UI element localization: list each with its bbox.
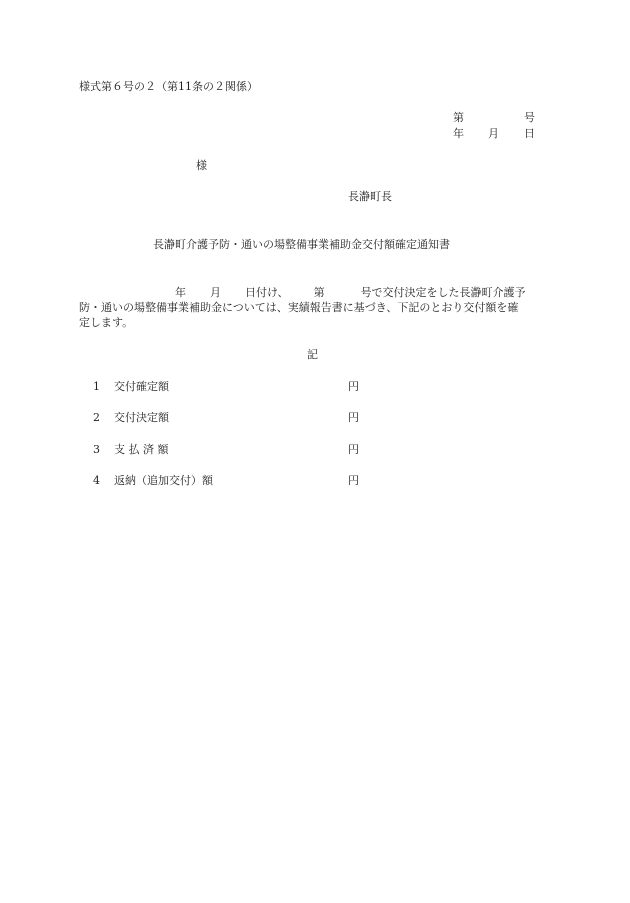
date-day-label: 日	[524, 128, 535, 139]
body-paragraph: 年月日付け、第号で交付決定をした長瀞町介護予 防・通いの場整備事業補助金について…	[79, 285, 549, 330]
item-unit: 円	[348, 444, 359, 455]
body-number-prefix: 第	[314, 285, 325, 300]
item-label: 返納（追加交付）額	[114, 475, 213, 486]
item-unit: 円	[348, 475, 359, 486]
issuer-name: 長瀞町長	[348, 191, 392, 202]
addressee-honorific: 様	[196, 160, 207, 171]
body-date-suffix: 日付け、	[245, 285, 289, 300]
item-label: 支 払 済 額	[114, 444, 169, 455]
reference-number-suffix: 号	[524, 112, 535, 123]
item-number: 4	[93, 475, 100, 486]
item-label: 交付決定額	[114, 412, 169, 423]
ki-heading: 記	[307, 349, 318, 360]
item-label: 交付確定額	[114, 381, 169, 392]
item-number: 2	[93, 412, 100, 423]
date-year-label: 年	[453, 128, 464, 139]
reference-number-prefix: 第	[453, 112, 464, 123]
body-line-2: 防・通いの場整備事業補助金については、実績報告書に基づき、下記のとおり交付額を確	[79, 300, 549, 315]
item-unit: 円	[348, 381, 359, 392]
date-month-label: 月	[488, 128, 499, 139]
document-title: 長瀞町介護予防・通いの場整備事業補助金交付額確定通知書	[153, 239, 450, 250]
item-number: 1	[93, 381, 100, 392]
body-line-1-rest: 号で交付決定をした長瀞町介護予	[361, 285, 526, 300]
item-number: 3	[93, 444, 100, 455]
body-month-label: 月	[210, 285, 221, 300]
form-number: 様式第６号の２（第11条の２関係）	[79, 81, 258, 92]
body-year-label: 年	[175, 285, 186, 300]
item-unit: 円	[348, 412, 359, 423]
body-line-3: 定します。	[79, 315, 549, 330]
body-line-1: 年月日付け、第号で交付決定をした長瀞町介護予	[79, 285, 549, 300]
